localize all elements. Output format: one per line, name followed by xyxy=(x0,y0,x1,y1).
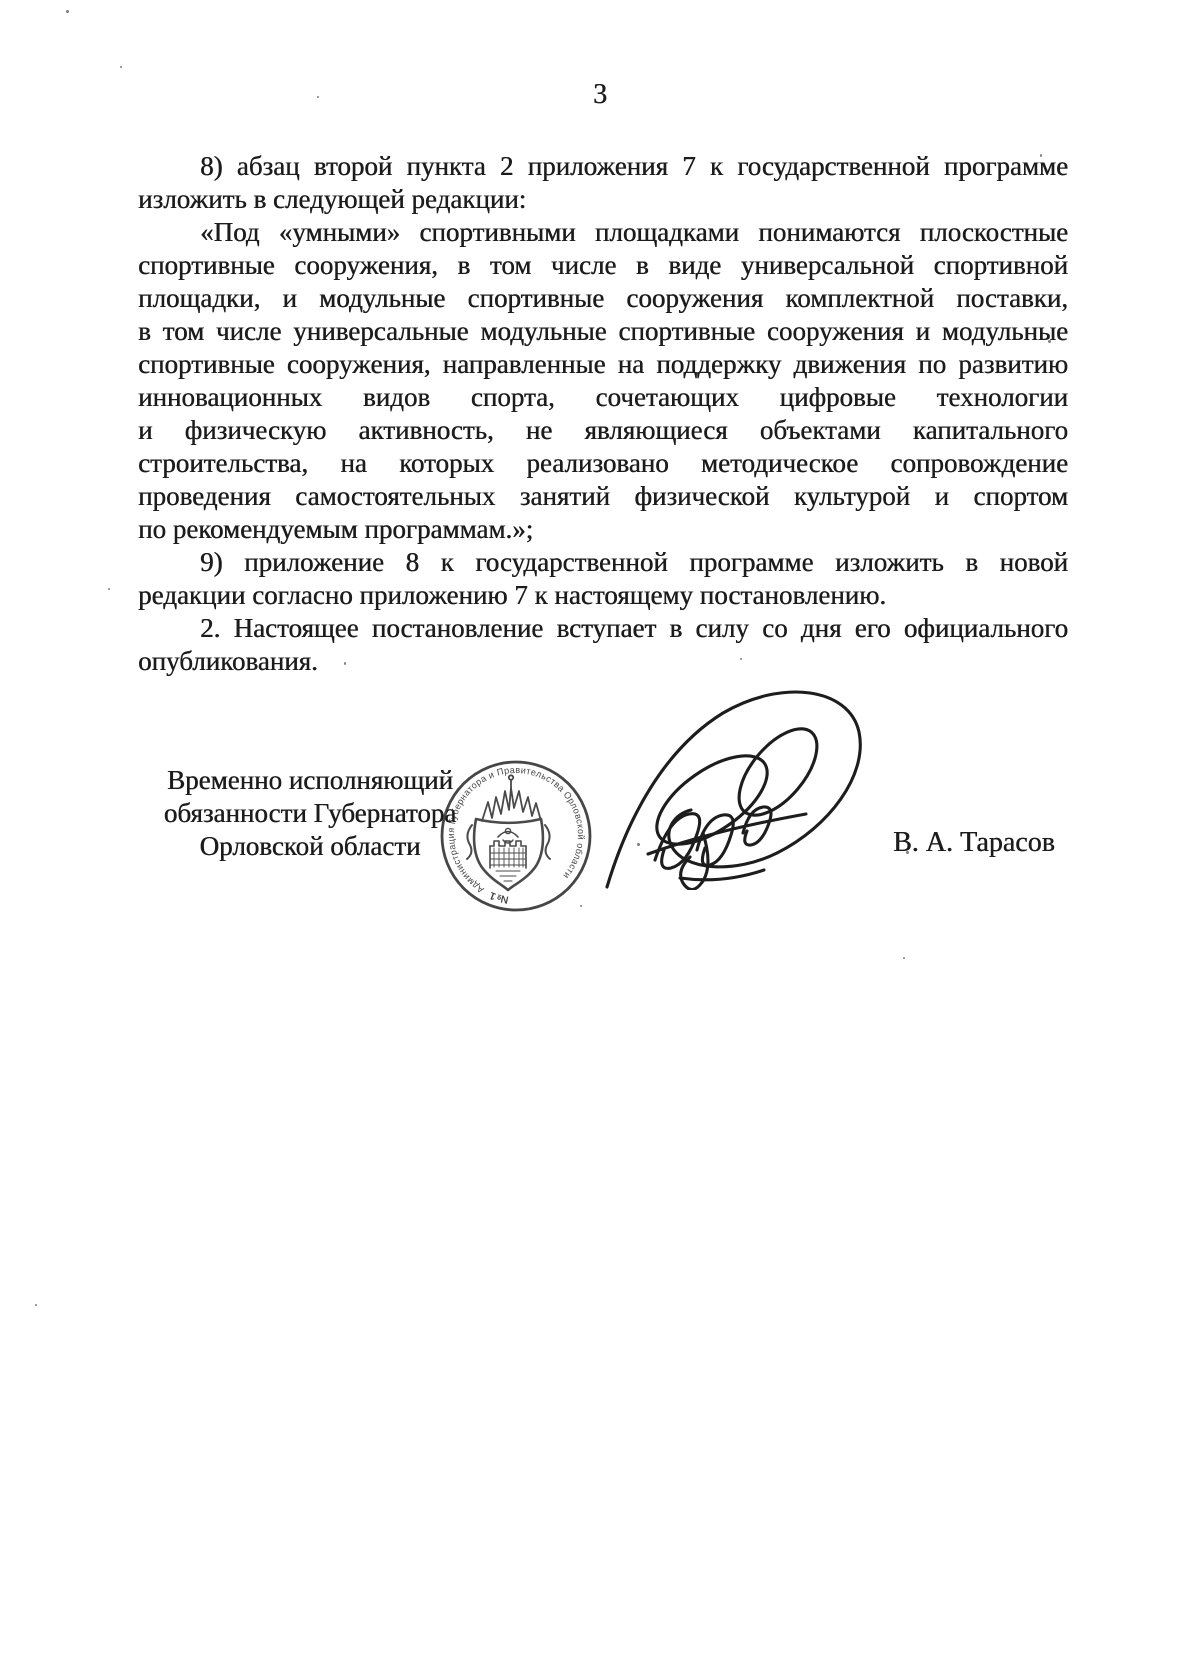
scan-speck xyxy=(892,500,894,502)
doc-line: изложить в следующей редакции: xyxy=(138,183,1068,216)
scan-speck xyxy=(317,96,319,98)
scan-speck xyxy=(66,10,69,13)
quote-line: в том числе универсальные модульные спор… xyxy=(138,315,1068,348)
signatory-title-line: обязанности Губернатора xyxy=(150,797,470,830)
quote-line: проведения самостоятельных занятий физич… xyxy=(138,480,1068,513)
seal-number: №1 xyxy=(487,889,510,906)
coat-of-arms-icon xyxy=(467,775,550,890)
doc-line: 9) приложение 8 к государственной програ… xyxy=(138,546,1068,579)
scan-speck xyxy=(580,905,582,907)
scan-speck xyxy=(740,658,742,660)
scan-speck xyxy=(906,851,909,854)
scan-speck xyxy=(1048,340,1051,343)
doc-line: редакции согласно приложению 7 к настоящ… xyxy=(138,579,1068,612)
official-seal: Администрация Губернатора и Правительств… xyxy=(438,757,594,913)
signatory-title-line: Орловской области xyxy=(150,830,470,863)
quote-line: по рекомендуемым программам.»; xyxy=(138,513,1068,546)
scan-speck xyxy=(120,66,122,68)
page-number: 3 xyxy=(0,80,1200,110)
quote-line: и физическую активность, не являющиеся о… xyxy=(138,414,1068,447)
scan-speck xyxy=(344,662,346,665)
scan-speck xyxy=(637,843,640,846)
scan-speck xyxy=(1040,154,1042,157)
quote-line: площадки, и модульные спортивные сооруже… xyxy=(138,282,1068,315)
quote-line: «Под «умными» спортивными площадками пон… xyxy=(138,216,1068,249)
doc-line: 8) абзац второй пункта 2 приложения 7 к … xyxy=(138,150,1068,183)
signer-name: В. А. Тарасов xyxy=(893,826,1055,859)
signatory-title: Временно исполняющий обязанности Губерна… xyxy=(150,764,470,863)
document-text-block: 8) абзац второй пункта 2 приложения 7 к … xyxy=(138,150,1068,678)
quote-line: инновационных видов спорта, сочетающих ц… xyxy=(138,381,1068,414)
signatory-title-line: Временно исполняющий xyxy=(150,764,470,797)
scan-speck xyxy=(35,1304,37,1306)
quote-line: строительства, на которых реализовано ме… xyxy=(138,447,1068,480)
scan-speck xyxy=(108,588,110,590)
scan-speck xyxy=(903,957,905,959)
quote-line: спортивные сооружения, в том числе в вид… xyxy=(138,249,1068,282)
document-page: 3 8) абзац второй пункта 2 приложения 7 … xyxy=(0,0,1200,1676)
signature xyxy=(585,635,925,890)
quote-line: спортивные сооружения, направленные на п… xyxy=(138,348,1068,381)
